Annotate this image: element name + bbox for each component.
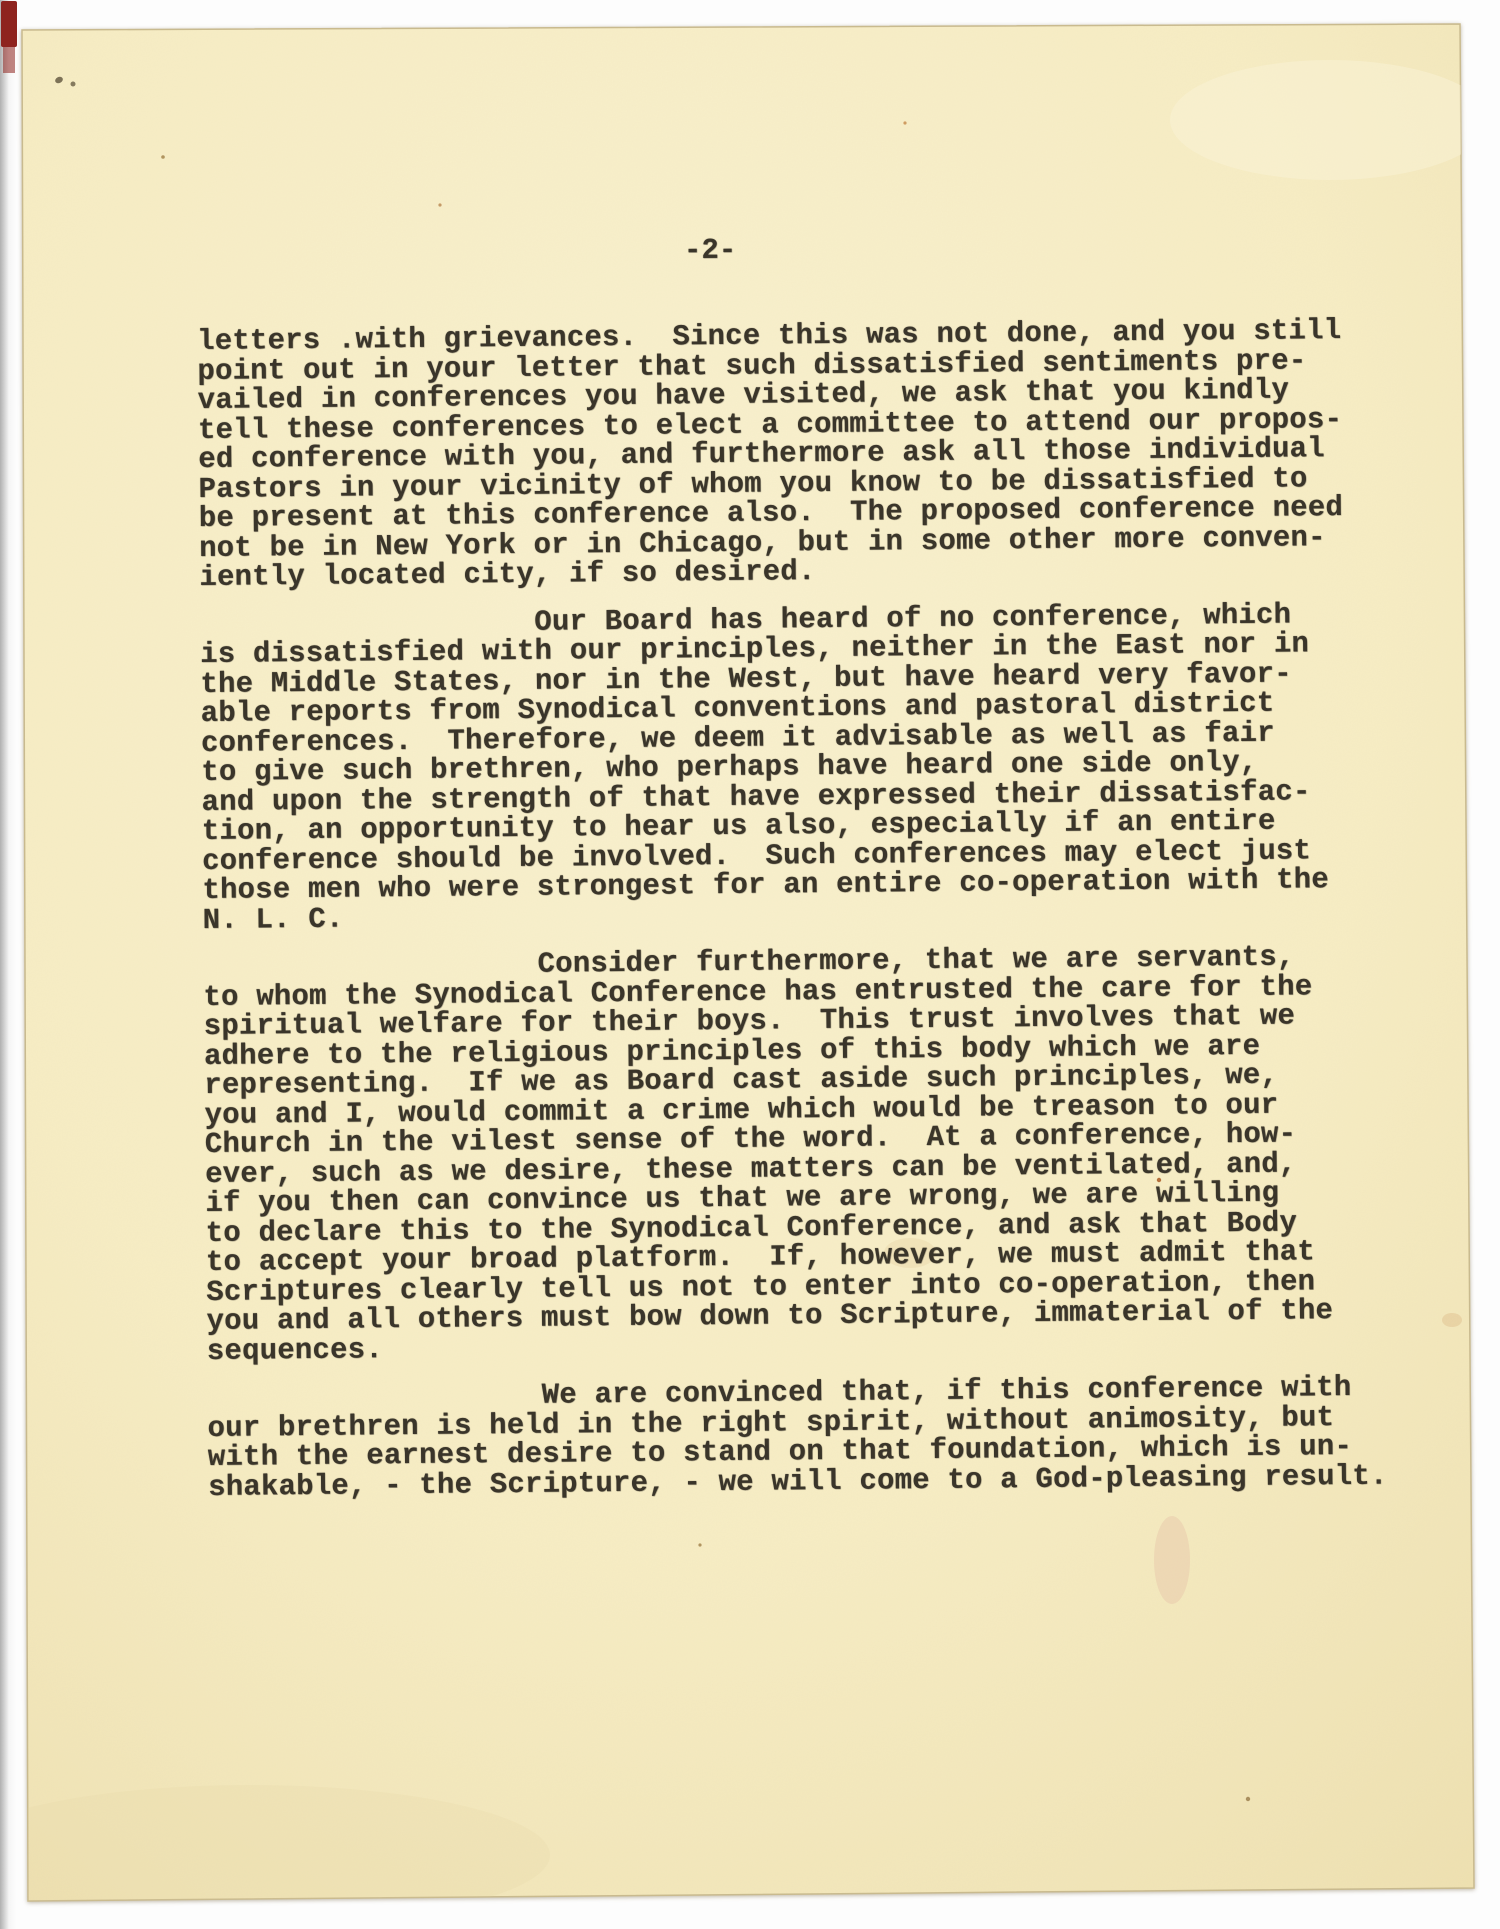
red-ink-mark — [1, 1, 17, 47]
scanned-letter-page: -2- letters .with grievances. Since this… — [0, 0, 1500, 1929]
paragraph-2: Our Board has heard of no conference, wh… — [200, 598, 1463, 935]
paragraph-4: We are convinced that, if this conferenc… — [207, 1372, 1468, 1502]
letter-body: letters .with grievances. Since this was… — [197, 315, 1468, 1520]
paragraph-3: Consider furthermore, that we are servan… — [203, 941, 1467, 1366]
typewritten-text-layer: -2- letters .with grievances. Since this… — [0, 0, 1500, 1929]
page-number: -2- — [684, 236, 736, 266]
paragraph-1: letters .with grievances. Since this was… — [197, 315, 1459, 593]
